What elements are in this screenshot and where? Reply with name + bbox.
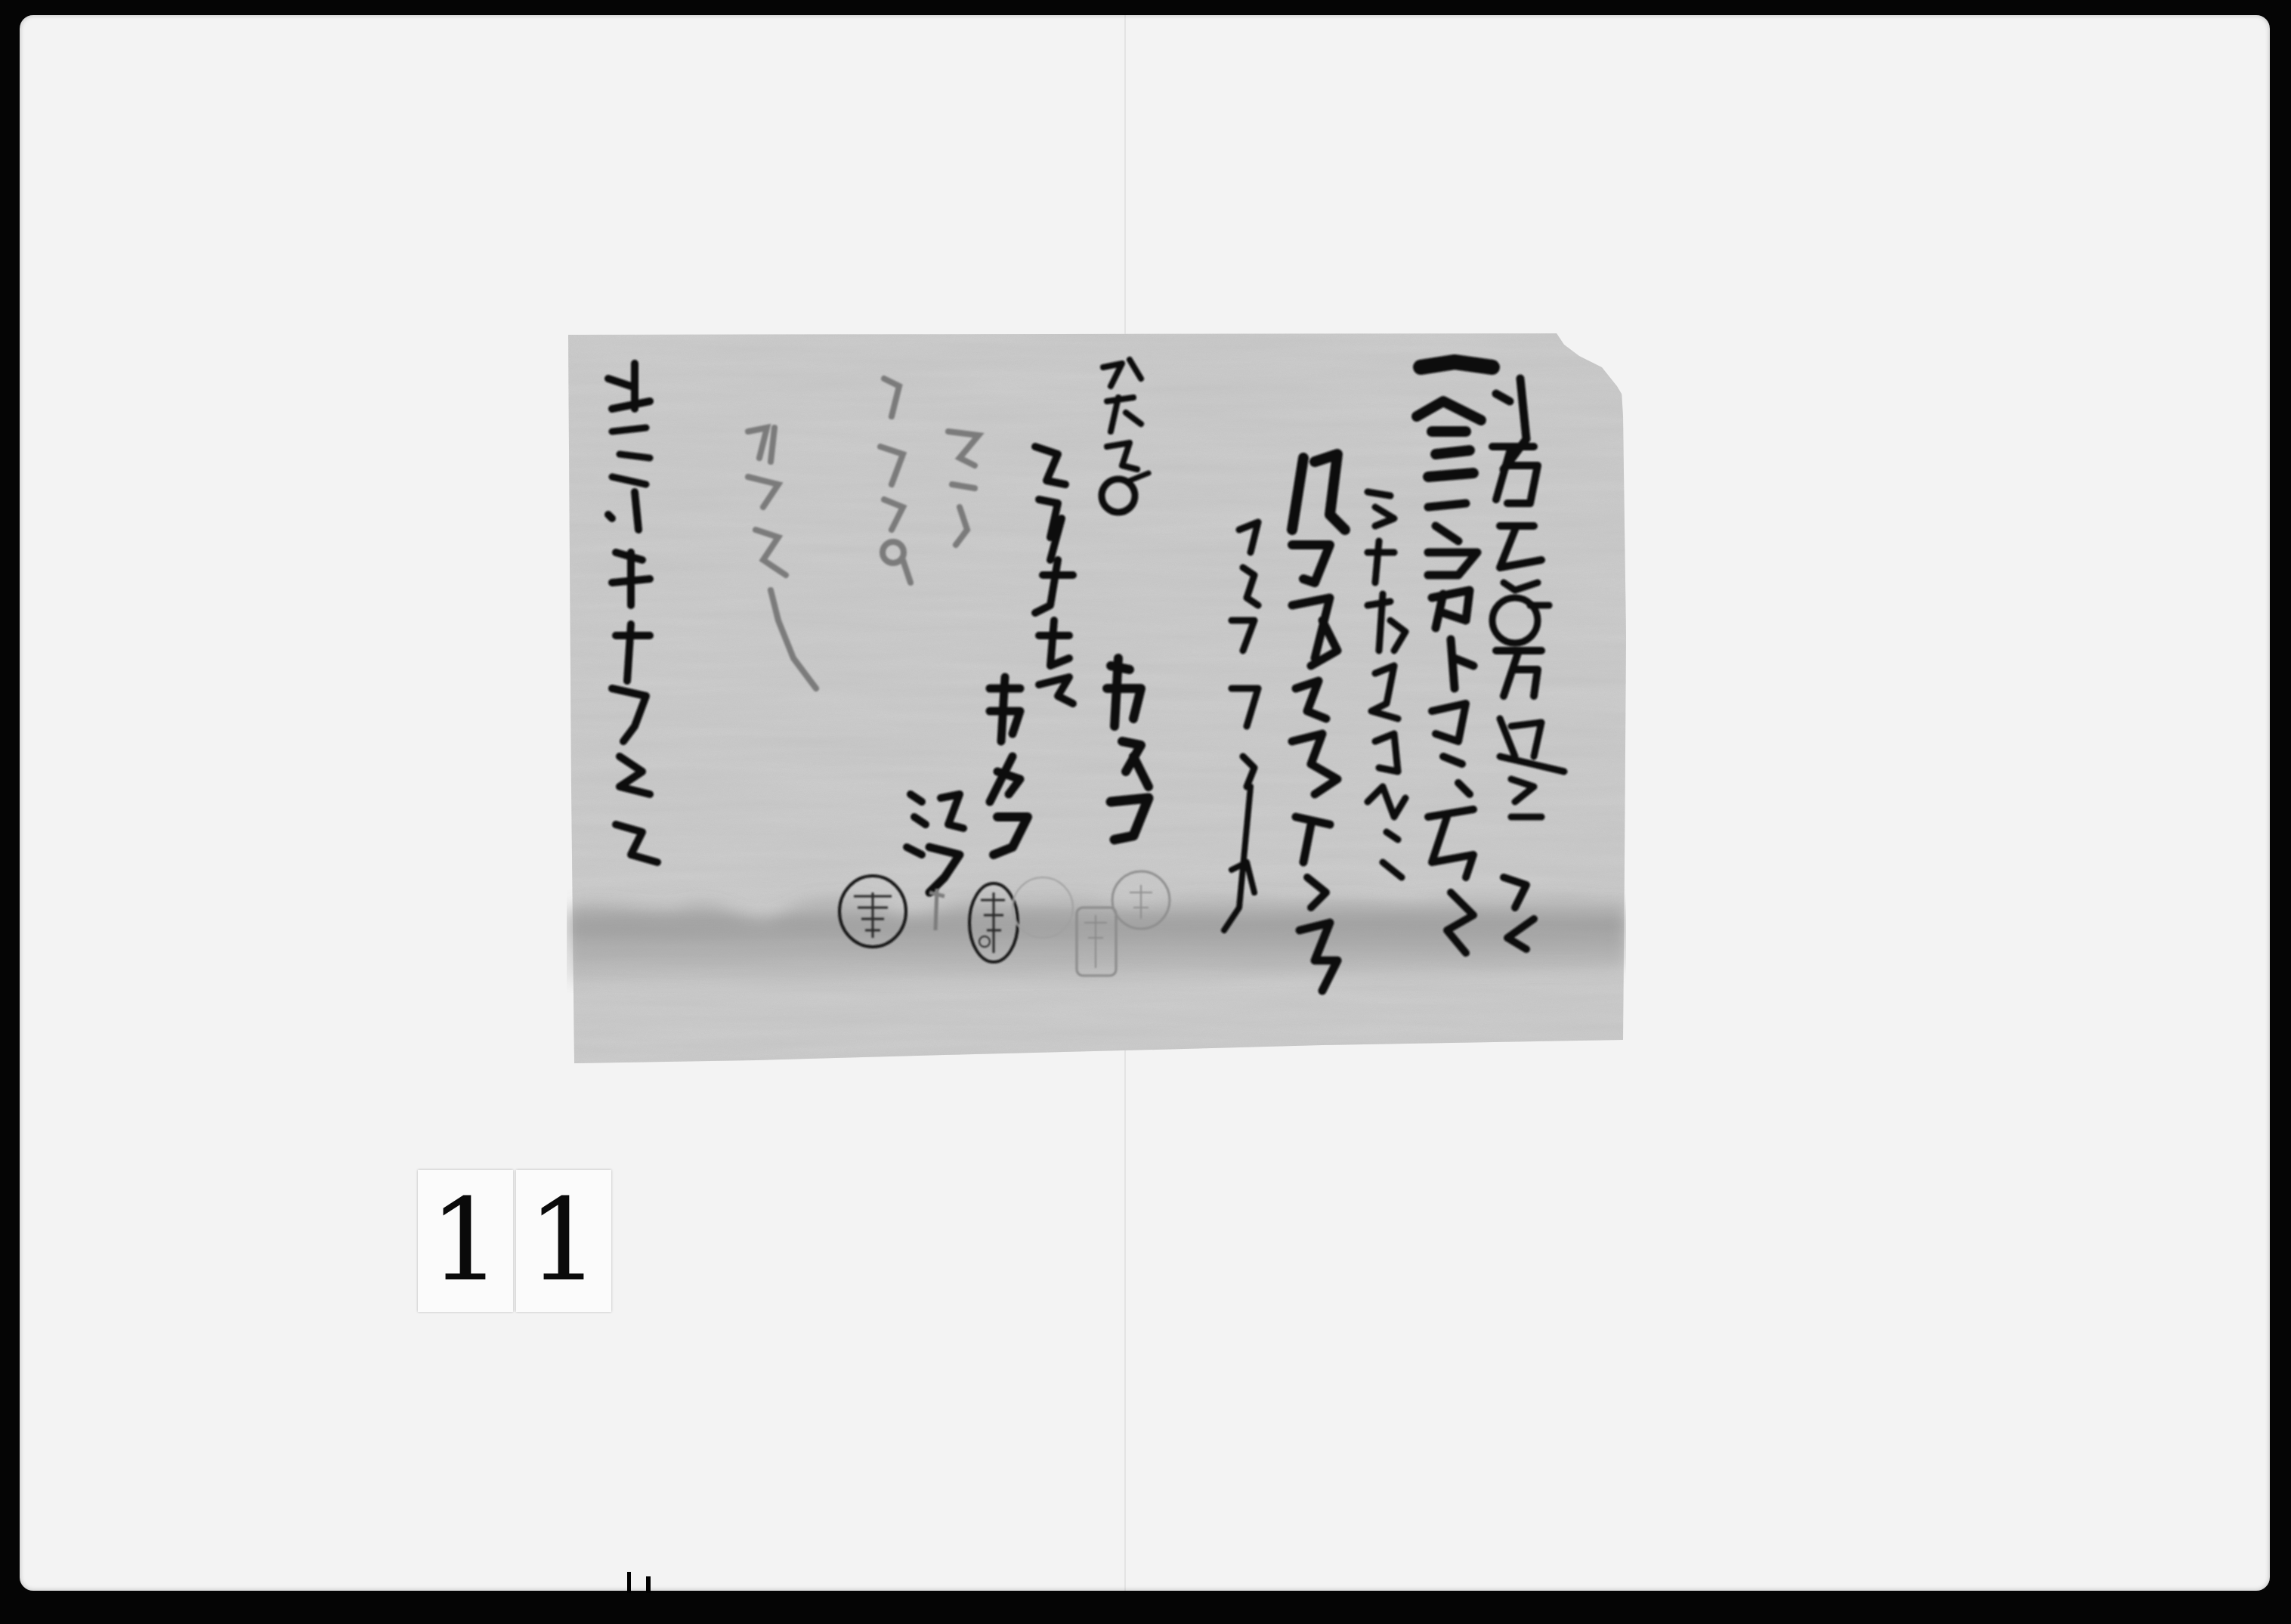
script-column-8: 〻〻〻〻 〻〻〻 [855,371,961,598]
script-column-10: 大〻〻年十九〻〻 [598,363,651,892]
number-card-digit: 1 [516,1170,611,1312]
script-column-1: 以覚え〇方艘壱二〆 [1513,363,1566,1013]
film-speck [627,1572,631,1593]
script-column-5: 〻〻〻〻〻〻〻如 [1218,515,1271,968]
number-card-digit: 1 [418,1170,513,1312]
film-speck [646,1576,651,1593]
script-column-2: 一金弐百両下〆い為〻 [1430,363,1483,1013]
script-column-3: 〻る七拾両〻〻致〆 [1354,469,1407,1013]
frame-number-card: 1 1 [418,1170,613,1312]
script-column-9: 村〻〻〻〻 [727,424,780,726]
script-column-4: 代金能〻論大〻〻金 [1286,447,1339,1021]
document-paper: 以覚え〇方艘壱二〆 一金弐百両下〆い為〻 〻る七拾両〻〻致〆 代金能〻論大〻〻金… [567,333,1626,1063]
script-column-7: 〻〻十七日 藤太夫 〆 [969,439,1074,862]
